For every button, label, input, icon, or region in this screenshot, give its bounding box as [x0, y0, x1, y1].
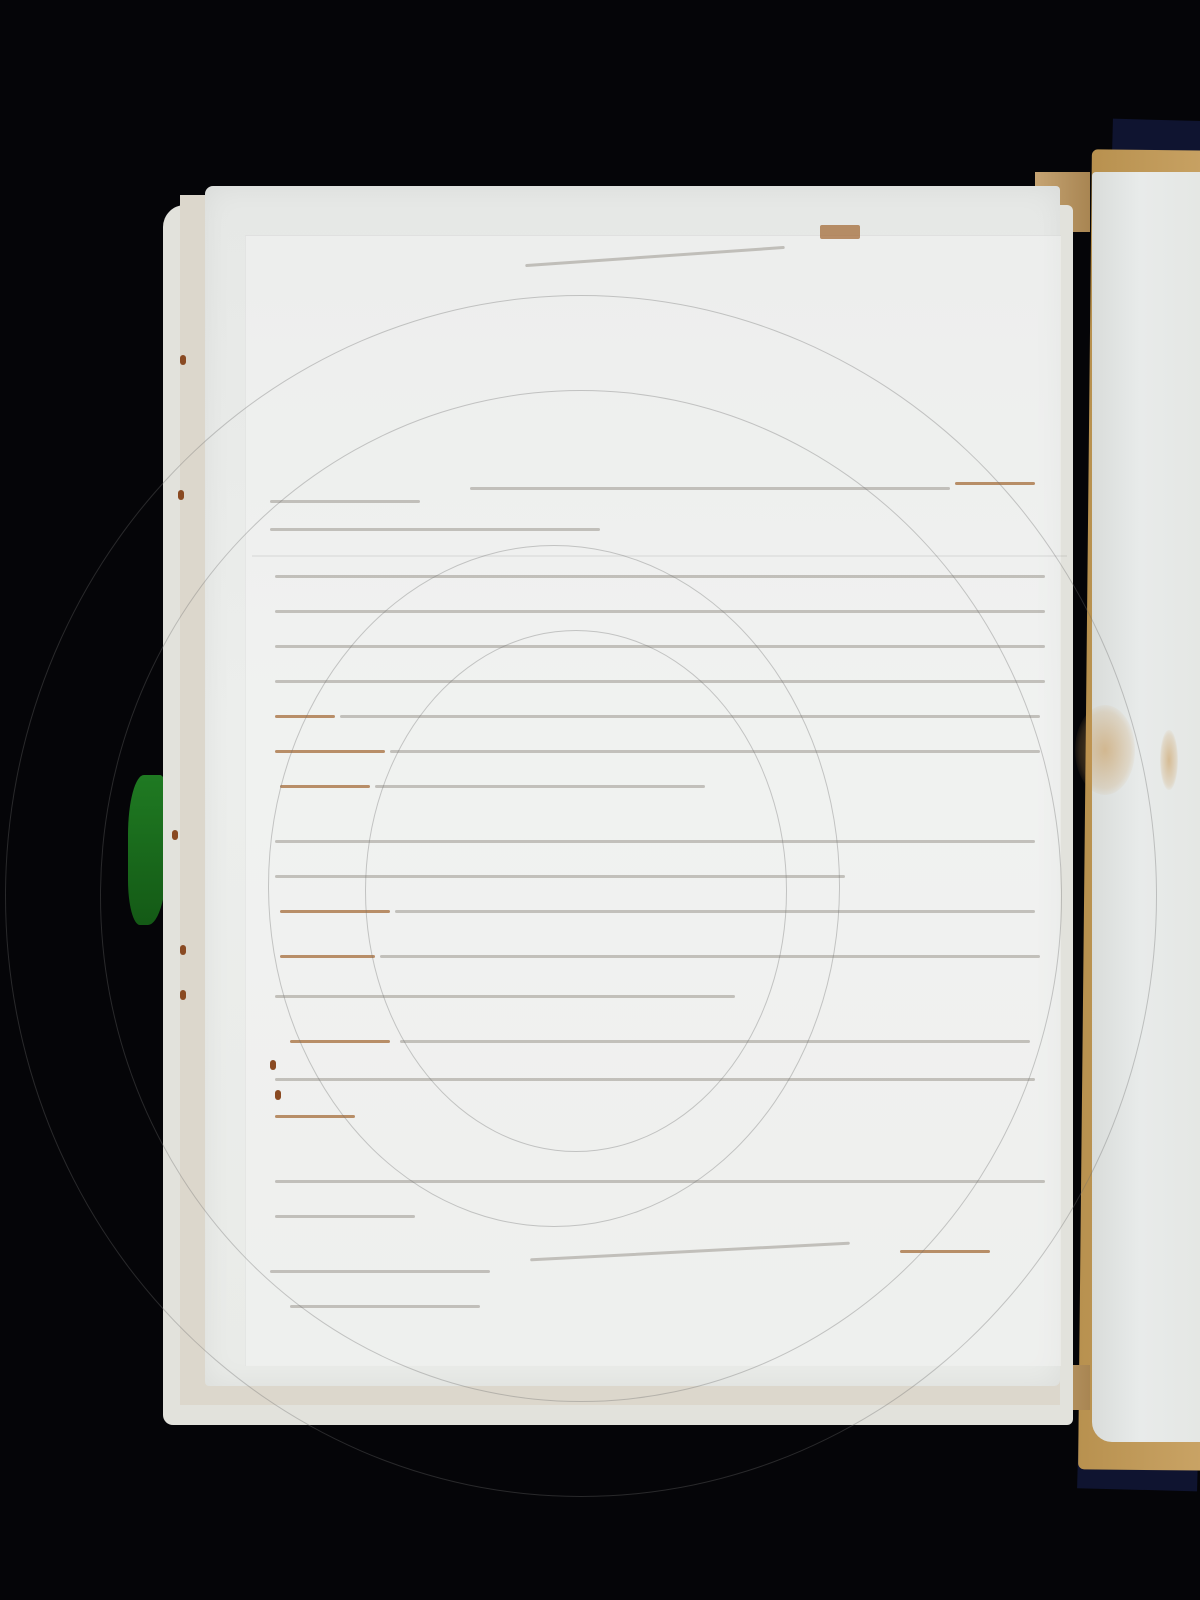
stain-spot	[1160, 730, 1178, 790]
watermark-core-ring	[365, 630, 787, 1152]
bleed-through-heading	[820, 225, 860, 239]
rust-mark	[180, 355, 186, 365]
